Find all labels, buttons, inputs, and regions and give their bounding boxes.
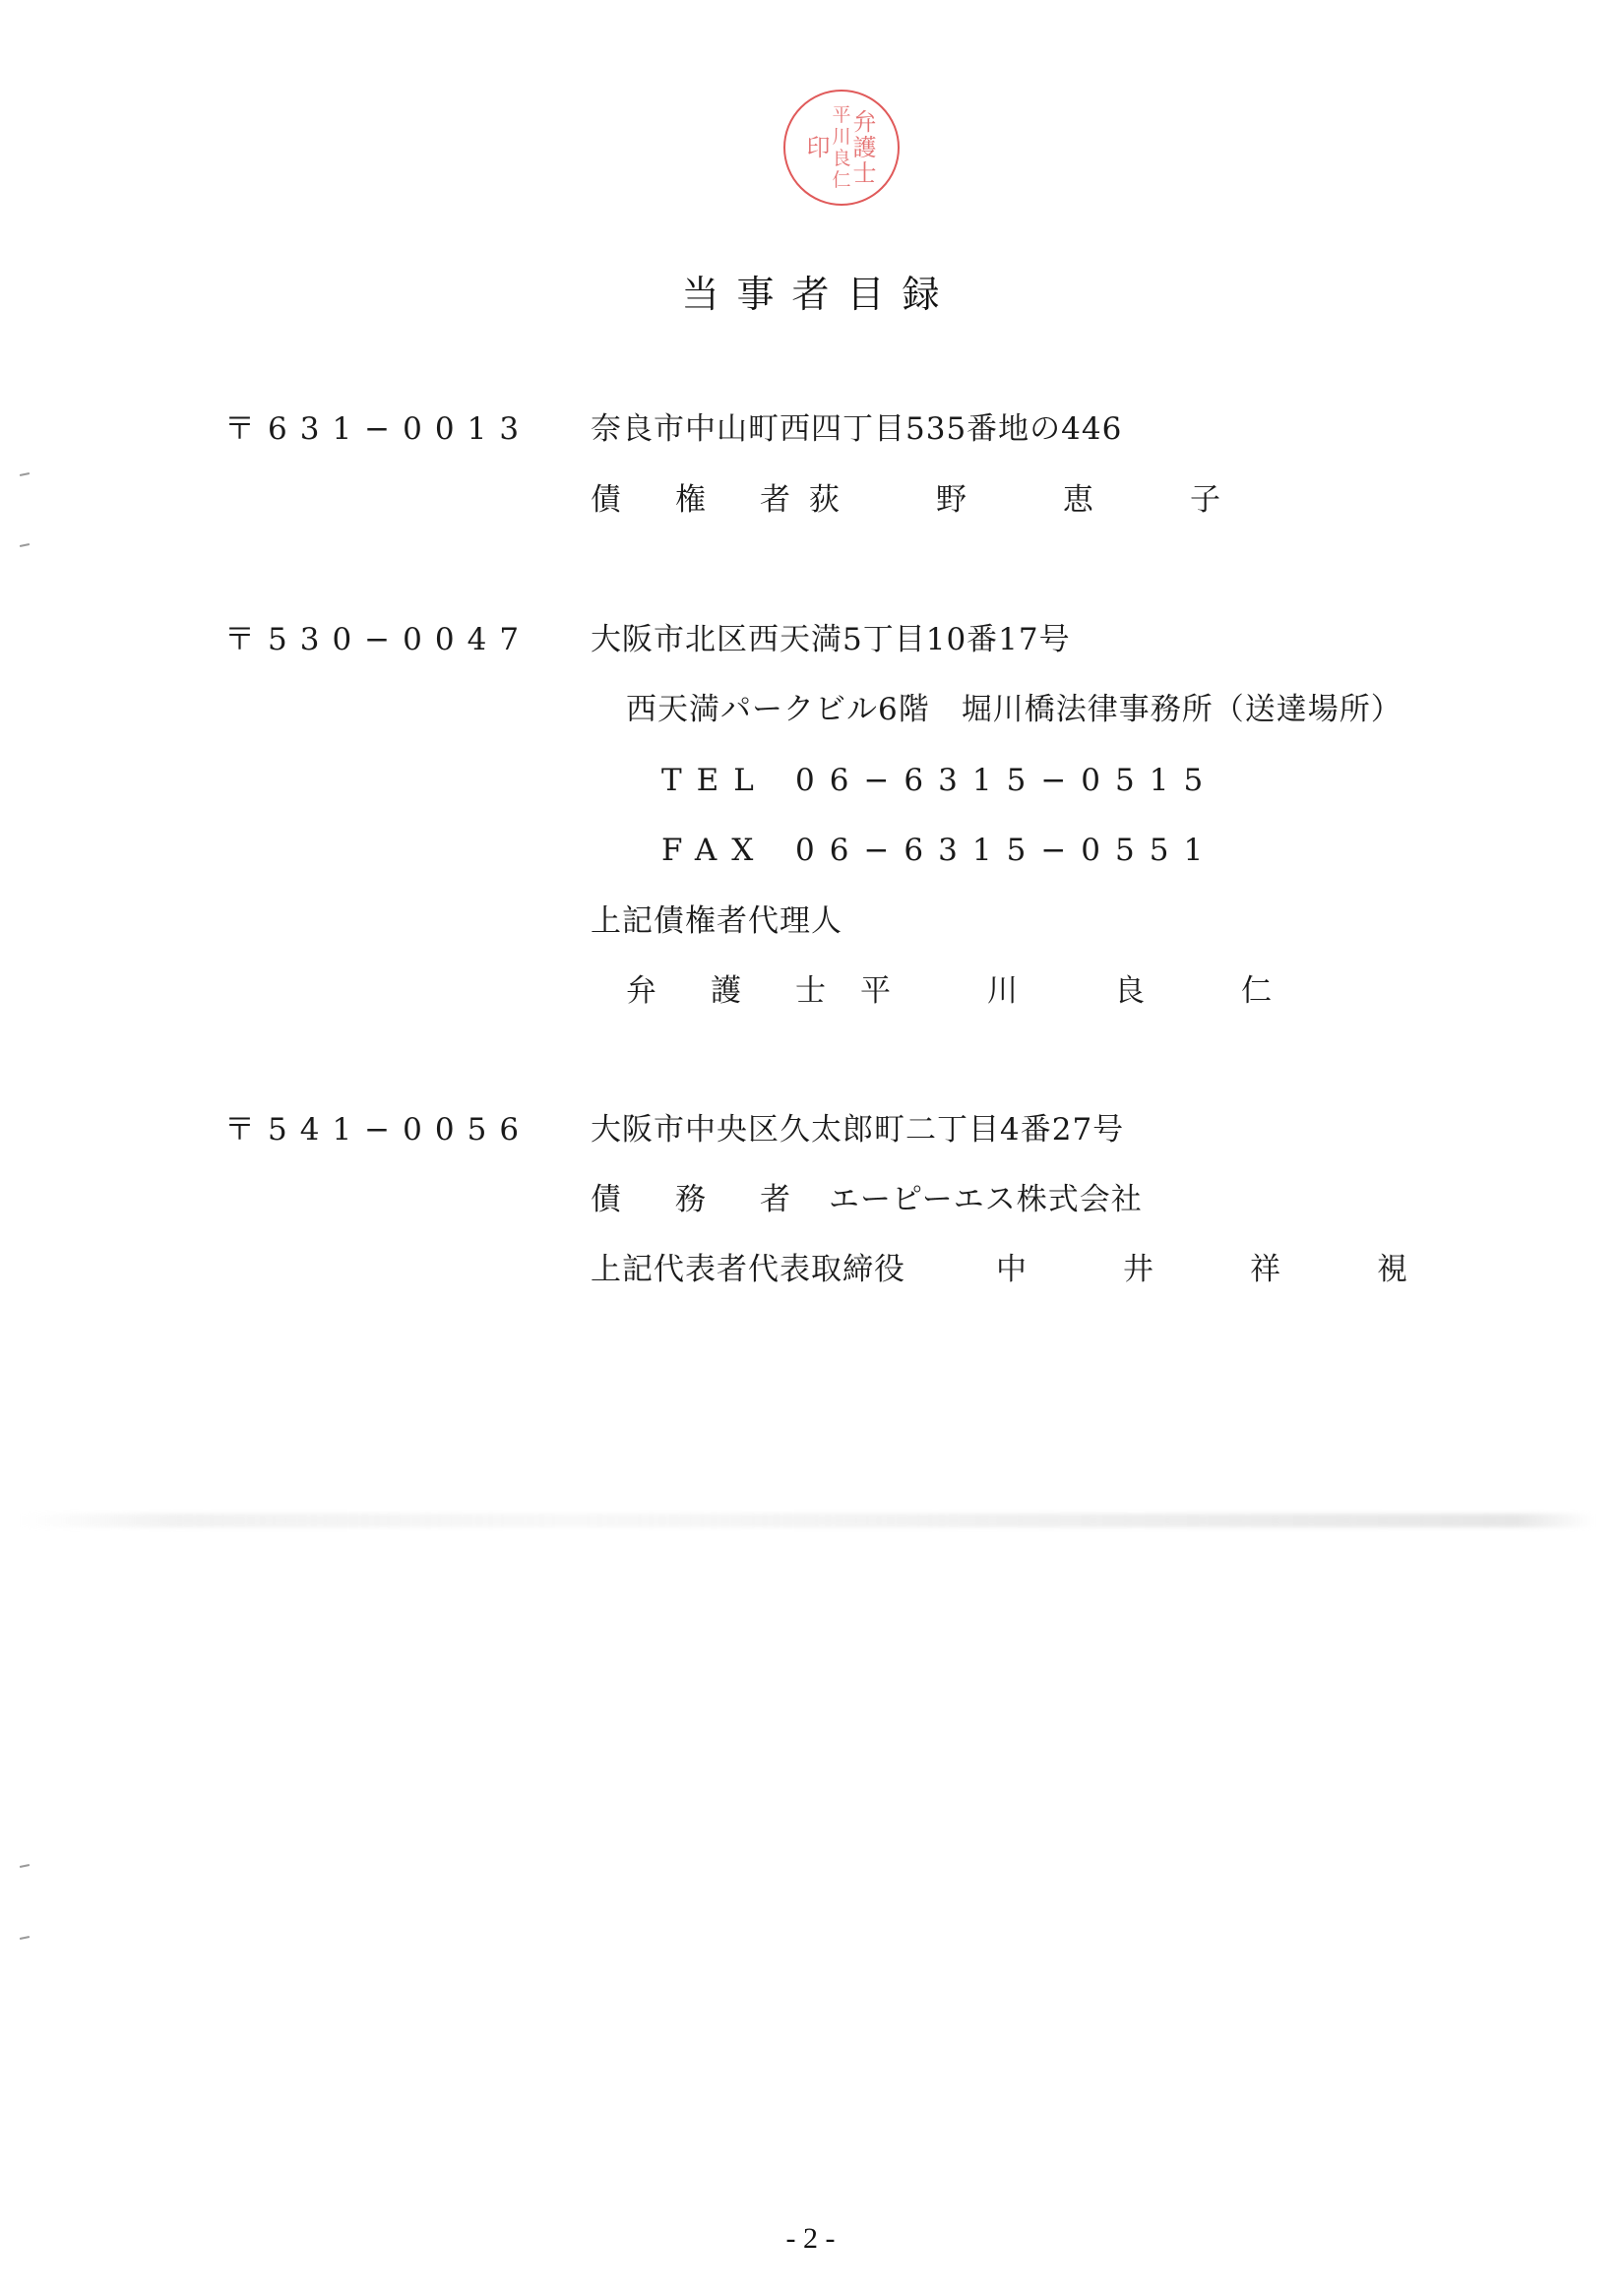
seal-char: 士 — [853, 160, 877, 186]
attorney-name: 平 川 良 仁 — [860, 973, 1283, 1009]
document-page: 弁 護 士 平 川 良 仁 印 当事者目録 〒631−0013 奈良市中山町西四… — [0, 0, 1621, 2296]
fax-label: FAX — [661, 833, 768, 868]
seal-char: 川 — [832, 126, 850, 148]
address-line-2: 西天満パークビル6階 堀川橋法律事務所（送達場所） — [626, 692, 1403, 727]
seal-char: 護 — [853, 135, 877, 160]
address: 奈良市中山町西四丁目535番地の446 — [591, 411, 1122, 447]
tel-label: TEL — [661, 763, 769, 798]
postal-code: 〒631−0013 — [224, 411, 531, 447]
attorney-title: 弁 護 士 — [626, 973, 838, 1009]
fax-number: 06−6315−0551 — [795, 833, 1217, 868]
party-name: 荻 野 恵 子 — [809, 482, 1232, 518]
lawyer-seal: 弁 護 士 平 川 良 仁 印 — [783, 90, 900, 206]
postal-code: 〒541−0056 — [224, 1112, 531, 1148]
party-name: エーピーエス株式会社 — [829, 1182, 1143, 1217]
seal-char: 印 — [806, 135, 830, 160]
scan-streak — [20, 1514, 1594, 1527]
page-number: - 2 - — [0, 2222, 1621, 2256]
seal-char: 平 — [832, 104, 850, 126]
margin-mark — [20, 1864, 30, 1868]
tel-number: 06−6315−0515 — [795, 763, 1217, 798]
postal-code: 〒530−0047 — [224, 622, 531, 657]
document-title: 当事者目録 — [0, 264, 1621, 318]
margin-mark — [20, 543, 30, 547]
role-label: 上記債権者代理人 — [591, 903, 842, 939]
seal-char: 弁 — [853, 109, 877, 135]
seal-column-2: 平 川 良 仁 — [832, 104, 850, 191]
seal-char: 仁 — [832, 169, 850, 191]
address: 大阪市中央区久太郎町二丁目4番27号 — [591, 1112, 1124, 1148]
role-label: 債 権 者 — [591, 482, 802, 518]
role-label: 債 務 者 — [591, 1182, 802, 1217]
address: 大阪市北区西天満5丁目10番17号 — [591, 622, 1071, 657]
seal-column-1: 弁 護 士 — [853, 109, 877, 186]
margin-mark — [20, 1936, 30, 1940]
margin-mark — [20, 472, 30, 476]
seal-char: 良 — [832, 148, 850, 169]
seal-column-3: 印 — [806, 135, 830, 160]
representative-name: 中 井 祥 視 — [996, 1252, 1419, 1287]
representative-role: 上記代表者代表取締役 — [591, 1252, 905, 1287]
seal-characters: 弁 護 士 平 川 良 仁 印 — [785, 92, 898, 204]
